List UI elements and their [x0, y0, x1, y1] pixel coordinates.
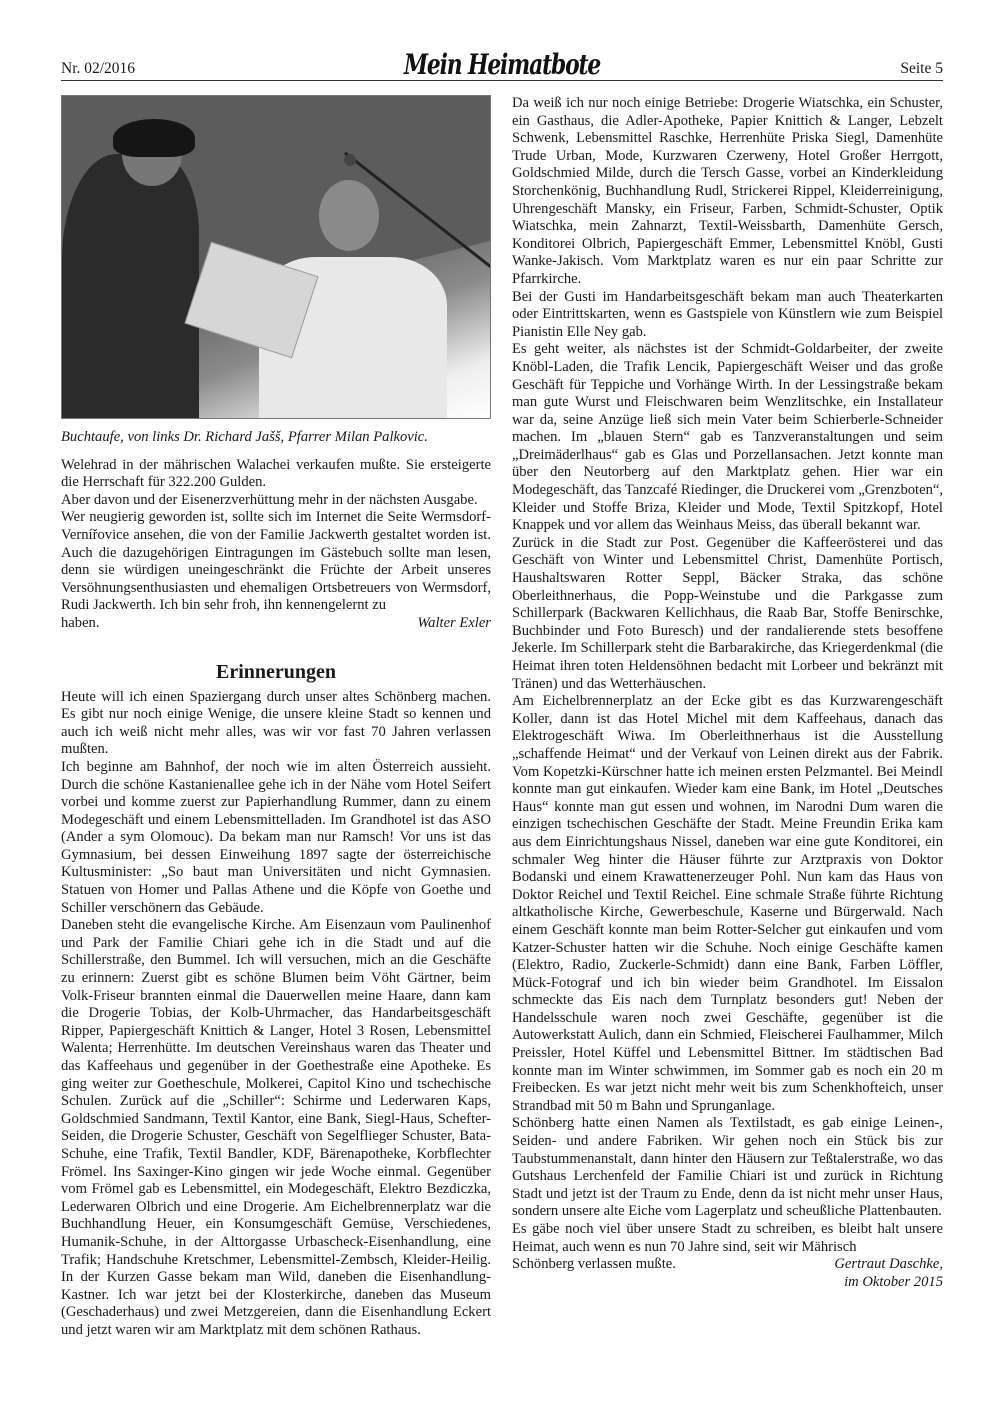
article-paragraph: Heute will ich einen Spaziergang durch u…	[61, 689, 491, 759]
article-paragraph: Zurück in die Stadt zur Post. Gegenüber …	[512, 535, 943, 693]
intro-author: Walter Exler	[417, 615, 491, 633]
article-paragraph: Schönberg hatte einen Namen als Textilst…	[512, 1115, 943, 1221]
page-header: Nr. 02/2016 Mein Heimatbote Seite 5	[61, 52, 943, 81]
masthead-logo: Mein Heimatbote	[404, 48, 600, 81]
intro-paragraph: Wer neugierig geworden ist, sollte sich …	[61, 509, 491, 615]
closing-last-line: Schönberg verlassen mußte.	[512, 1256, 676, 1274]
article-paragraph: Es gäbe noch viel über unsere Stadt zu s…	[512, 1221, 943, 1256]
article-title: Erinnerungen	[61, 661, 491, 683]
issue-number: Nr. 02/2016	[61, 60, 135, 78]
article-paragraph: Daneben steht die evangelische Kirche. A…	[61, 917, 491, 1339]
photo-book-baptism	[61, 95, 491, 419]
article-paragraph: Da weiß ich nur noch einige Betriebe: Dr…	[512, 95, 943, 289]
page-number: Seite 5	[900, 60, 943, 78]
closing-line: Schönberg verlassen mußte. Gertraut Dasc…	[512, 1256, 943, 1274]
article-paragraph: Am Eichelbrennerplatz an der Ecke gibt e…	[512, 693, 943, 1115]
article-paragraph: Es geht weiter, als nächstes ist der Sch…	[512, 341, 943, 535]
article-date: im Oktober 2015	[512, 1274, 943, 1292]
right-column: Da weiß ich nur noch einige Betriebe: Dr…	[512, 95, 943, 1291]
photo-caption: Buchtaufe, von links Dr. Richard Jašš, P…	[61, 429, 491, 447]
left-column: Buchtaufe, von links Dr. Richard Jašš, P…	[61, 95, 491, 1340]
person-right-head	[319, 180, 379, 251]
intro-last-line: haben.	[61, 615, 100, 633]
article-paragraph: Bei der Gusti im Handarbeitsgeschäft bek…	[512, 289, 943, 342]
intro-paragraph: Aber davon und der Eisenerzverhüttung me…	[61, 492, 491, 510]
intro-paragraph: Welehrad in der mährischen Walachei verk…	[61, 457, 491, 492]
article-author: Gertraut Daschke,	[834, 1256, 943, 1274]
person-left	[62, 154, 199, 418]
intro-closing-line: haben. Walter Exler	[61, 615, 491, 633]
hat	[113, 119, 194, 158]
article-paragraph: Ich beginne am Bahnhof, der noch wie im …	[61, 759, 491, 917]
